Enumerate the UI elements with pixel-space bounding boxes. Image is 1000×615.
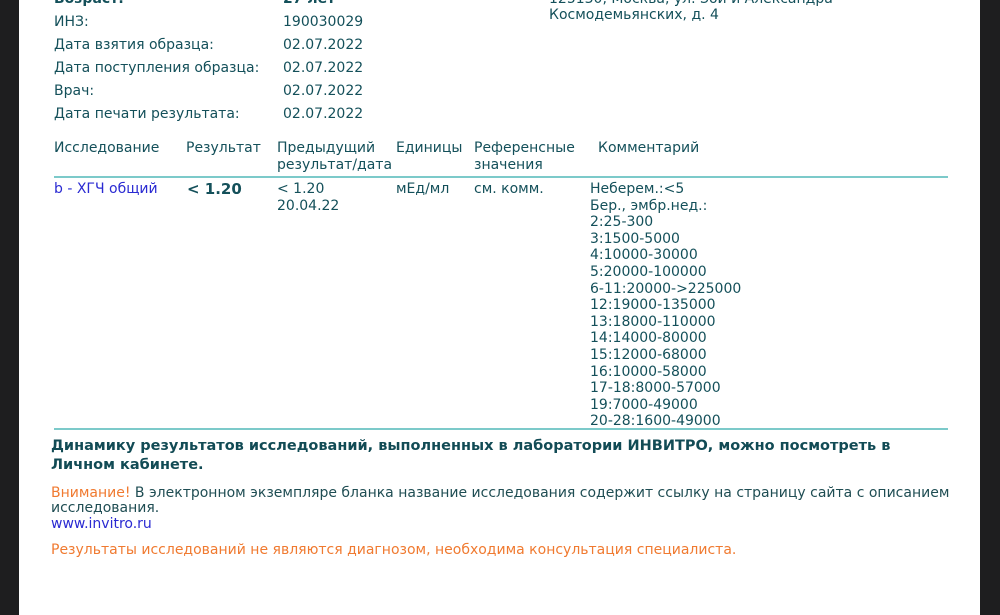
previous-date: 20.04.22 — [277, 198, 339, 215]
header-test: Исследование — [54, 140, 159, 157]
inz-value: 190030029 — [283, 14, 363, 30]
age-value: 27 лет — [283, 0, 335, 7]
lab-report-page: Возраст: 27 лет ИНЗ: 190030029 Дата взят… — [19, 0, 980, 615]
comment-line: 12:19000-135000 — [590, 297, 741, 314]
units-value: мЕд/мл — [396, 181, 449, 198]
comment-list: Неберем.:<5Бер., эмбр.нед.:2:25-3003:150… — [590, 181, 741, 430]
previous-value: < 1.20 — [277, 181, 339, 198]
comment-line: 3:1500-5000 — [590, 231, 741, 248]
sample-received-label: Дата поступления образца: — [54, 60, 259, 76]
dynamics-note: Динамику результатов исследований, выпол… — [51, 437, 931, 475]
comment-line: Неберем.:<5 — [590, 181, 741, 198]
doctor-label: Врач: — [54, 83, 94, 99]
sample-received-value: 02.07.2022 — [283, 60, 363, 76]
comment-line: Бер., эмбр.нед.: — [590, 198, 741, 215]
comment-line: 6-11:20000->225000 — [590, 281, 741, 298]
warning-label: Внимание! — [51, 485, 130, 501]
table-bottom-divider — [54, 428, 948, 430]
address-line-2: Космодемьянских, д. 4 — [549, 7, 833, 23]
doctor-value: 02.07.2022 — [283, 83, 363, 99]
invitro-site-link[interactable]: www.invitro.ru — [51, 516, 152, 532]
reference-value: см. комм. — [474, 181, 544, 198]
age-label: Возраст: — [54, 0, 124, 7]
comment-line: 16:10000-58000 — [590, 364, 741, 381]
inz-label: ИНЗ: — [54, 14, 89, 30]
comment-line: 19:7000-49000 — [590, 397, 741, 414]
header-result: Результат — [186, 140, 261, 157]
table-top-divider — [54, 176, 948, 178]
comment-line: 15:12000-68000 — [590, 347, 741, 364]
sample-taken-value: 02.07.2022 — [283, 37, 363, 53]
warning-text: В электронном экземпляре бланка название… — [51, 485, 949, 516]
result-value: < 1.20 — [187, 181, 242, 198]
comment-line: 5:20000-100000 — [590, 264, 741, 281]
header-units: Единицы — [396, 140, 462, 157]
warning-note: Внимание! В электронном экземпляре бланк… — [51, 486, 971, 516]
print-date-label: Дата печати результата: — [54, 106, 240, 122]
lab-address: 125130, Москва, ул. Зои и Александра Кос… — [549, 0, 833, 23]
address-line-1: 125130, Москва, ул. Зои и Александра — [549, 0, 833, 7]
previous-result: < 1.20 20.04.22 — [277, 181, 339, 215]
comment-line: 17-18:8000-57000 — [590, 380, 741, 397]
comment-line: 13:18000-110000 — [590, 314, 741, 331]
comment-line: 4:10000-30000 — [590, 247, 741, 264]
disclaimer-note: Результаты исследований не являются диаг… — [51, 542, 736, 558]
print-date-value: 02.07.2022 — [283, 106, 363, 122]
sample-taken-label: Дата взятия образца: — [54, 37, 214, 53]
header-reference: Референсные значения — [474, 140, 575, 174]
test-name-link[interactable]: b - ХГЧ общий — [54, 181, 158, 198]
header-previous: Предыдущий результат/дата — [277, 140, 392, 174]
comment-line: 14:14000-80000 — [590, 330, 741, 347]
header-comment: Комментарий — [598, 140, 699, 157]
comment-line: 2:25-300 — [590, 214, 741, 231]
